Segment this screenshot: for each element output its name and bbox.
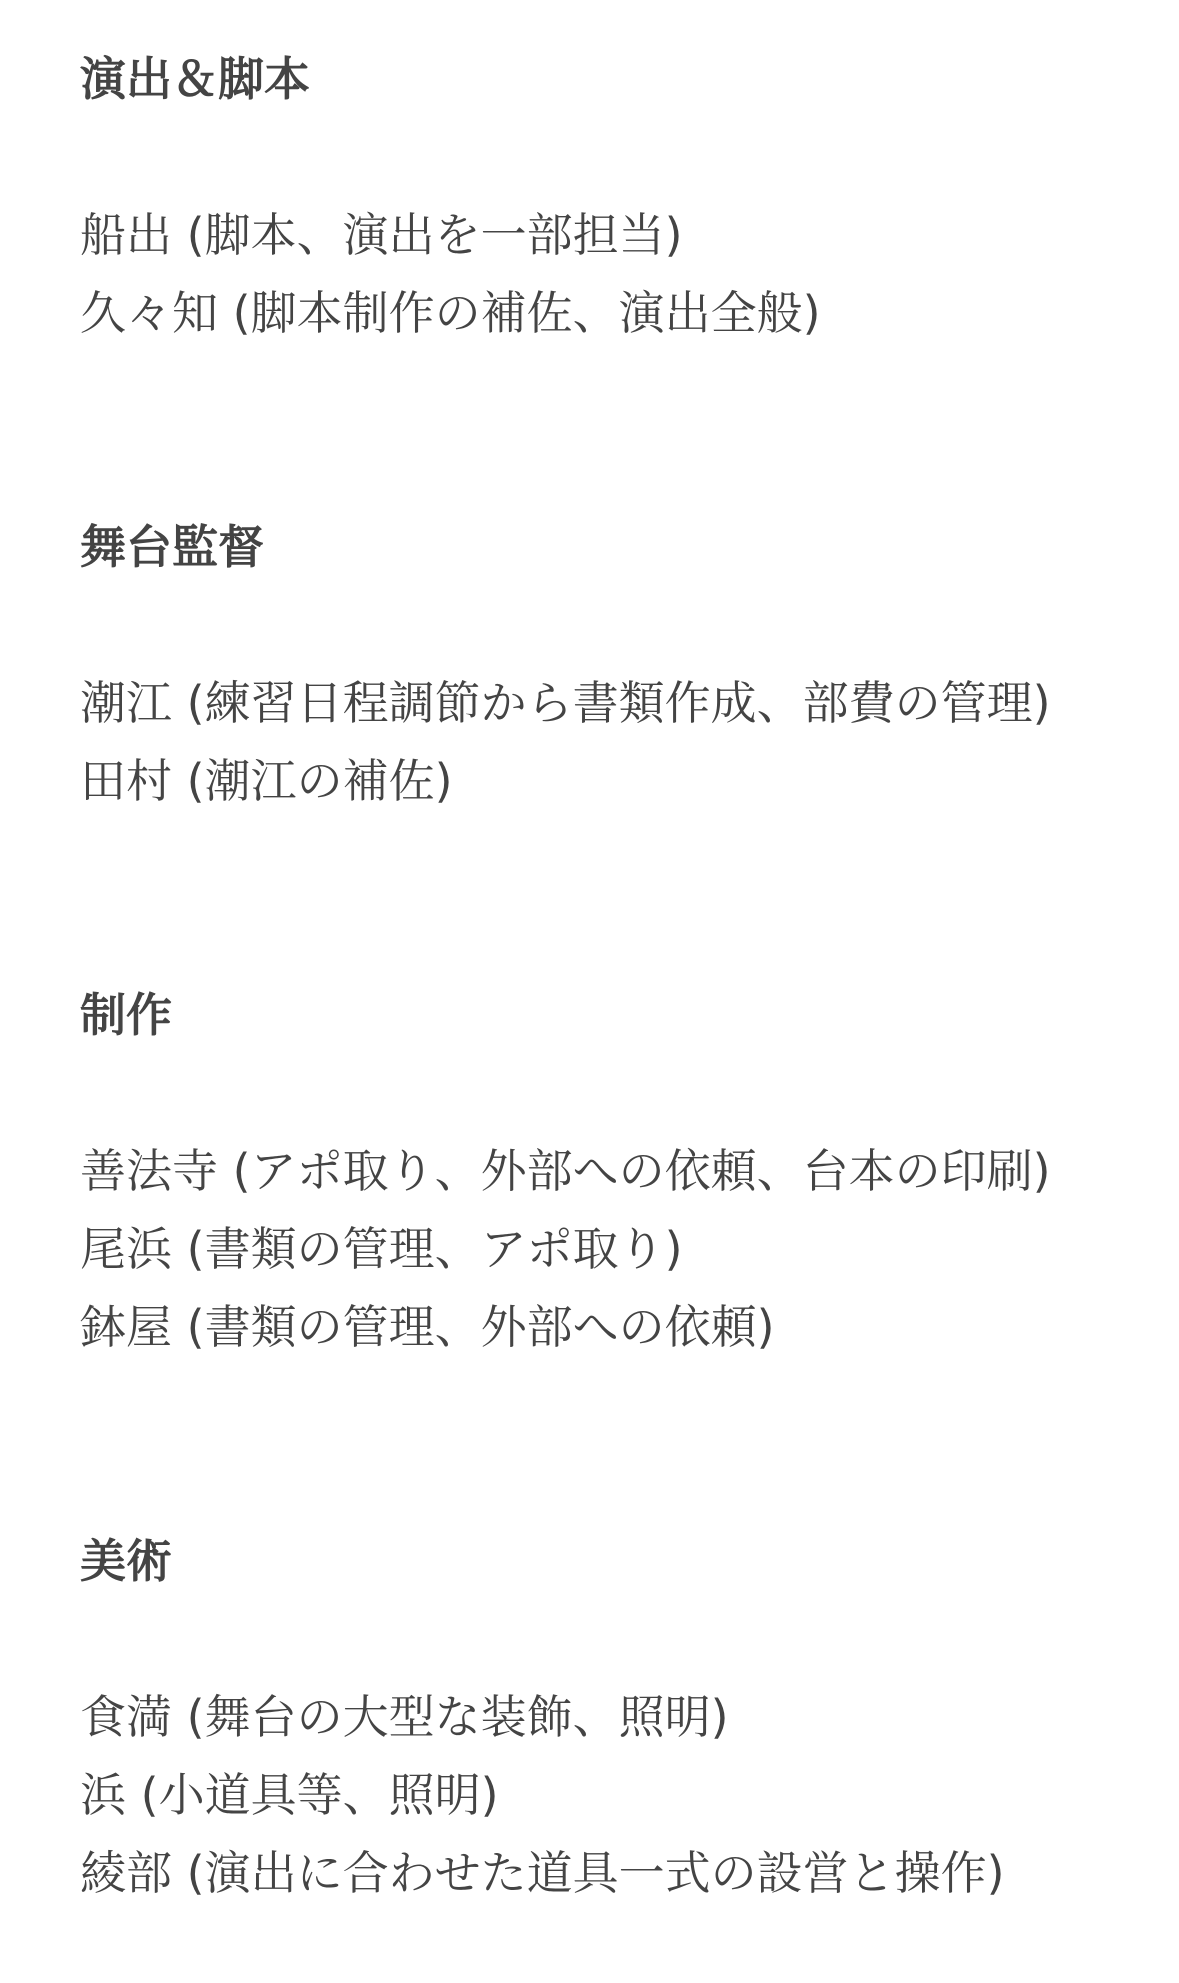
member-role: (舞台の大型な装飾、照明) [187, 1690, 729, 1744]
member-line: 善法寺 (アポ取り、外部への依頼、台本の印刷) [80, 1132, 1139, 1210]
member-line: 綾部 (演出に合わせた道具一式の設営と操作) [80, 1834, 1139, 1912]
member-name: 尾浜 [80, 1222, 172, 1276]
member-role: (書類の管理、アポ取り) [187, 1222, 683, 1276]
member-name: 潮江 [80, 676, 172, 730]
member-name: 鉢屋 [80, 1300, 172, 1354]
member-name: 船出 [80, 208, 172, 262]
member-name: 善法寺 [80, 1144, 218, 1198]
member-line: 船出 (脚本、演出を一部担当) [80, 196, 1139, 274]
member-name: 田村 [80, 754, 172, 808]
section-direction-script: 演出＆脚本 船出 (脚本、演出を一部担当) 久々知 (脚本制作の補佐、演出全般) [80, 40, 1139, 352]
member-line: 尾浜 (書類の管理、アポ取り) [80, 1210, 1139, 1288]
member-line: 田村 (潮江の補佐) [80, 742, 1139, 820]
member-line: 鉢屋 (書類の管理、外部への依頼) [80, 1288, 1139, 1366]
member-line: 浜 (小道具等、照明) [80, 1756, 1139, 1834]
member-line: 潮江 (練習日程調節から書類作成、部費の管理) [80, 664, 1139, 742]
member-role: (小道具等、照明) [141, 1768, 499, 1822]
section-heading: 舞台監督 [80, 508, 1139, 586]
section-heading: 美術 [80, 1522, 1139, 1600]
member-name: 綾部 [80, 1846, 172, 1900]
section-stage-manager: 舞台監督 潮江 (練習日程調節から書類作成、部費の管理) 田村 (潮江の補佐) [80, 508, 1139, 820]
member-role: (演出に合わせた道具一式の設営と操作) [187, 1846, 1005, 1900]
member-name: 食満 [80, 1690, 172, 1744]
member-line: 食満 (舞台の大型な装飾、照明) [80, 1678, 1139, 1756]
member-role: (アポ取り、外部への依頼、台本の印刷) [233, 1144, 1051, 1198]
section-art: 美術 食満 (舞台の大型な装飾、照明) 浜 (小道具等、照明) 綾部 (演出に合… [80, 1522, 1139, 1912]
section-heading: 制作 [80, 976, 1139, 1054]
member-role: (脚本、演出を一部担当) [187, 208, 683, 262]
member-name: 浜 [80, 1768, 126, 1822]
section-heading: 演出＆脚本 [80, 40, 1139, 118]
member-line: 久々知 (脚本制作の補佐、演出全般) [80, 274, 1139, 352]
document-body: 演出＆脚本 船出 (脚本、演出を一部担当) 久々知 (脚本制作の補佐、演出全般)… [80, 40, 1139, 1912]
member-name: 久々知 [80, 286, 218, 340]
section-production: 制作 善法寺 (アポ取り、外部への依頼、台本の印刷) 尾浜 (書類の管理、アポ取… [80, 976, 1139, 1366]
member-role: (書類の管理、外部への依頼) [187, 1300, 775, 1354]
member-role: (練習日程調節から書類作成、部費の管理) [187, 676, 1051, 730]
member-role: (脚本制作の補佐、演出全般) [233, 286, 821, 340]
member-role: (潮江の補佐) [187, 754, 453, 808]
